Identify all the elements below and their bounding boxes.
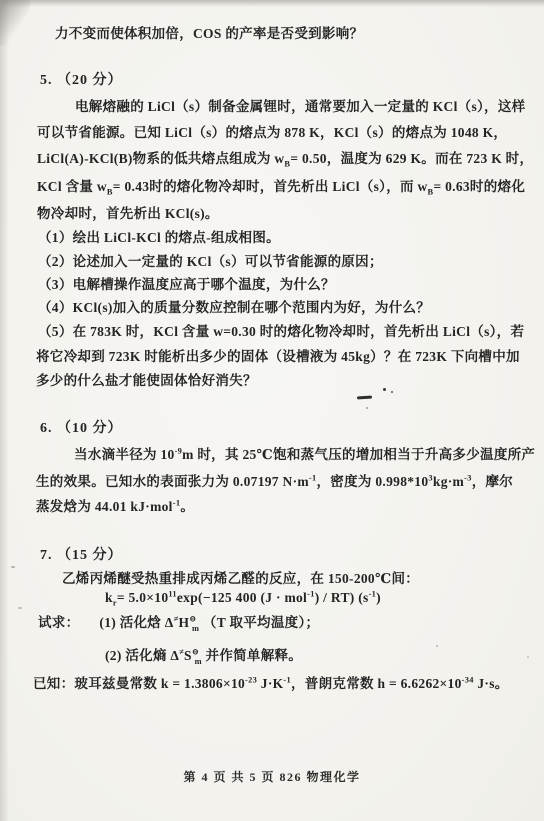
q7-ask-label: 试求： (38, 615, 79, 630)
scan-edge-left (0, 0, 9, 821)
q5-body-line-4: KCl 含量 wB= 0.43时的熔化物冷却时，首先析出 LiCl（s），而 w… (37, 177, 525, 197)
question-7-heading: 7. （15 分） (40, 546, 123, 566)
ink-smudge-dash (357, 395, 372, 399)
q7-task-1-line: 试求：(1) 活化焓 Δ≠H⊖m （T 取平均温度）； (38, 613, 319, 633)
carryover-line: 力不变而使体积加倍，COS 的产率是否受到影响？ (55, 24, 363, 44)
q7-task-2: (2) 活化熵 Δ≠S⊖m 并作简单解释。 (105, 646, 302, 666)
scanned-exam-page: 力不变而使体积加倍，COS 的产率是否受到影响？ 5. （20 分） 电解熔融的… (0, 0, 544, 821)
paper-speck (18, 607, 22, 609)
q7-task-1: (1) 活化焓 Δ≠H⊖m （T 取平均温度）； (99, 613, 319, 633)
q6-body-line-1: 当水滴半径为 10-9m 时，其 25℃饱和蒸气压的增加相当于升高多少温度所产 (74, 445, 535, 465)
question-5-heading: 5. （20 分） (40, 71, 123, 91)
q5-item-4: （4）KCl(s)加入的质量分数应控制在哪个范围内为好，为什么？ (38, 298, 430, 318)
ink-smudge-dot (391, 391, 393, 393)
q5-item-1: （1）绘出 LiCl-KCl 的熔点-组成相图。 (38, 228, 280, 248)
question-6-heading: 6. （10 分） (40, 419, 123, 439)
ink-smudge-dot (366, 407, 368, 409)
page-footer: 第 4 页 共 5 页 826 物理化学 (0, 768, 544, 785)
q6-body-line-2: 生的效果。已知水的表面张力为 0.07197 N·m-1，密度为 0.998*1… (36, 472, 513, 492)
q5-body-line-5: 物冷却时，首先析出 KCl(s)。 (37, 204, 219, 224)
paper-speck (527, 656, 529, 658)
q5-item-5-line-2: 将它冷却到 723K 时能析出多少的固体（设槽液为 45kg）？在 723K 下… (36, 347, 520, 367)
q7-intro-line: 乙烯丙烯醚受热重排成丙烯乙醛的反应，在 150-200℃间： (62, 569, 419, 589)
q5-item-2: （2）论述加入一定量的 KCl（s）可以节省能源的原因； (38, 252, 383, 272)
q7-rate-equation: kr= 5.0×1011exp(−125 400 (J · mol-1) / R… (105, 588, 381, 608)
q5-body-line-3: LiCl(A)-KCl(B)物系的低共熔点组成为 wB= 0.50，温度为 62… (37, 149, 533, 169)
scan-edge-top (0, 0, 544, 7)
q5-body-line-2: 可以节省能源。已知 LiCl（s）的熔点为 878 K，KCl（s）的熔点为 1… (37, 123, 507, 143)
ink-smudge-dot (383, 388, 386, 391)
q7-given-constants: 已知：玻耳兹曼常数 k = 1.3806×10-23 J·K-1，普朗克常数 h… (33, 674, 509, 694)
q5-item-3: （3）电解槽操作温度应高于哪个温度，为什么？ (38, 275, 335, 295)
q5-item-5-line-1: （5）在 783K 时，KCl 含量 w=0.30 时的熔化物冷却时，首先析出 … (38, 322, 524, 342)
q5-body-line-1: 电解熔融的 LiCl（s）制备金属锂时，通常要加入一定量的 KCl（s），这样 (75, 97, 525, 117)
paper-speck (11, 566, 15, 568)
q6-body-line-3: 蒸发焓为 44.01 kJ·mol-1。 (36, 497, 194, 517)
q5-item-5-line-3: 多少的什么盐才能使固体恰好消失？ (36, 371, 257, 391)
paper-speck (436, 645, 438, 647)
